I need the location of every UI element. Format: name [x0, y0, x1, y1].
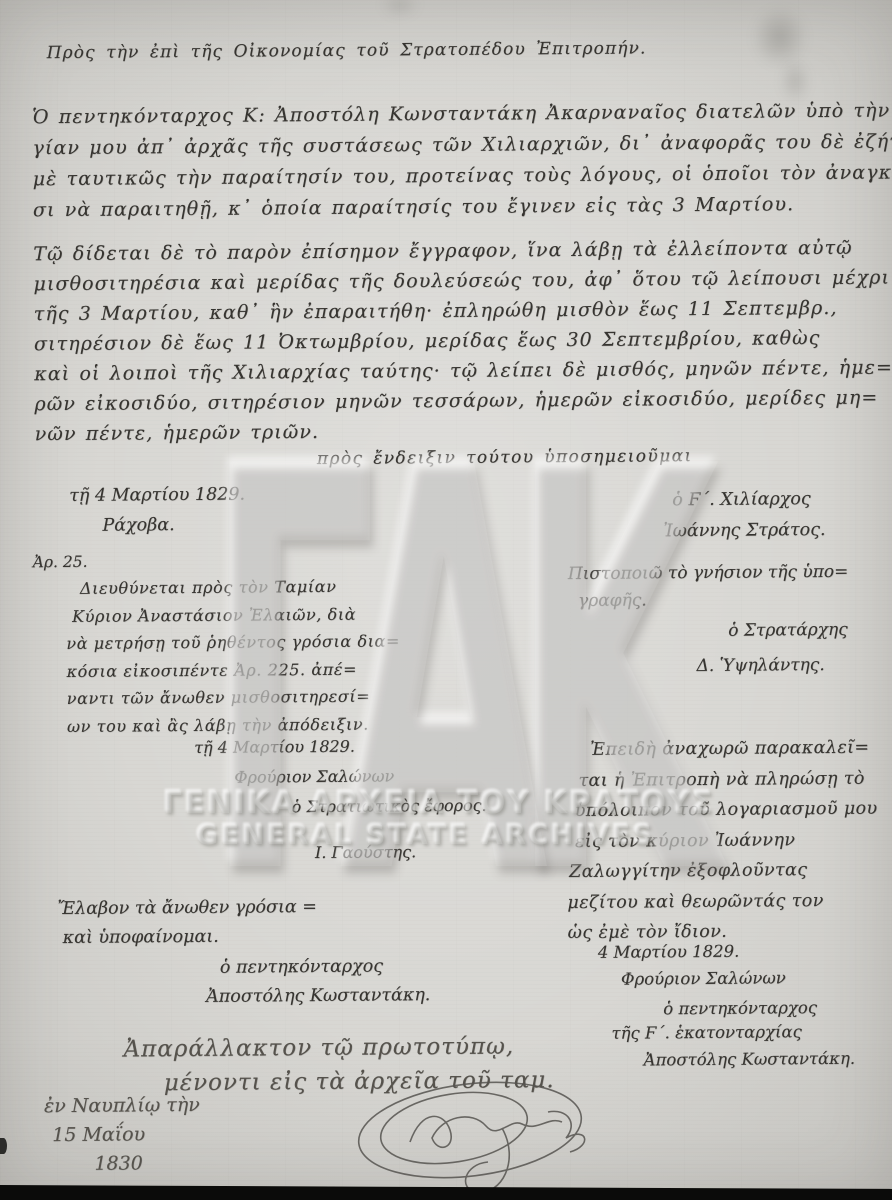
handwritten-line: Ράχοβα. [102, 510, 245, 541]
handwritten-line: γραφῆς. [578, 586, 849, 615]
final-signature-block: 4 Μαρτίου 1829.Φρούριον Σαλώνωνὁ πεντηκό… [598, 937, 855, 1074]
handwritten-line: τῆς Ϝ΄. ἑκατονταρχίας [611, 1018, 855, 1047]
signature-certification-block: Πιστοποιῶ τὸ γνήσιον τῆς ὑπο=γραφῆς.ὁ Στ… [568, 559, 849, 681]
handwritten-line: Δ. Ὑψηλάντης. [696, 652, 849, 680]
chiliarch-signature-block: ὁ Ϝ΄. ΧιλίαρχοςἸωάννης Στράτος. [663, 484, 826, 547]
order-date-place-block: τῇ 4 Μαρτίου 1829.Φρούριον Σαλώνωνὁ Στρα… [194, 731, 487, 869]
scan-smudge [780, 58, 810, 104]
scanned-document-page: Πρὸς τὴν ἐπὶ τῆς Οἰκονομίας τοῦ Στρατοπέ… [0, 0, 892, 1200]
handwritten-line: νῶν πέντε, ἡμερῶν τριῶν. [35, 412, 892, 449]
handwritten-line: ὁ πεντηκόνταρχος [220, 952, 430, 983]
handwritten-line: κόσια εἰκοσιπέντε Ἀρ. 225. ἀπέ= [66, 655, 400, 685]
handwritten-line: εἰς τὸν κύριον Ἰωάννην [575, 824, 878, 857]
body-paragraph-2: Τῷ δίδεται δὲ τὸ παρὸν ἐπίσημον ἔγγραφον… [33, 232, 892, 449]
handwritten-line: Ζαλωγγίτην ἐξοφλοῦντας [569, 855, 878, 888]
handwritten-line: 4 Μαρτίου 1829. [598, 937, 855, 966]
handwritten-line: ὁ Ϝ΄. Χιλίαρχος [672, 484, 825, 516]
handwritten-line: Φρούριον Σαλώνων [621, 964, 855, 993]
handwritten-line: Ἐπειδὴ ἀναχωρῶ παρακαλεῖ= [590, 733, 877, 766]
handwritten-line: Ἀποστόλης Κωσταντάκη. [206, 981, 430, 1012]
copy-date-place: ἐν Ναυπλίῳ τὴν15 Μαΐου1830 [44, 1091, 200, 1179]
handwritten-line: τῇ 4 Μαρτίου 1829. [194, 731, 486, 763]
handwritten-line: ὑπόλοιπον τοῦ λογαριασμοῦ μου [575, 794, 878, 827]
handwritten-line: Διευθύνεται πρὸς τὸν Ταμίαν [80, 572, 400, 602]
handwritten-line: νὰ μετρήσῃ τοῦ ῥηθέντος γρόσια δια= [66, 627, 400, 657]
document-heading: Πρὸς τὴν ἐπὶ τῆς Οἰκονομίας τοῦ Στρατοπέ… [47, 38, 647, 63]
handwritten-line: μεζίτου καὶ θεωρῶντάς τον [567, 885, 878, 918]
date-place-left: τῇ 4 Μαρτίου 1829.Ράχοβα. [69, 480, 245, 541]
reference-number: Ἀρ. 25. [33, 553, 88, 571]
handwritten-line: καὶ ὑποφαίνομαι. [63, 921, 430, 953]
handwritten-line: Ἀπαράλλακτον τῷ πρωτοτύπῳ, [123, 1029, 554, 1066]
departure-note: Ἐπειδὴ ἀναχωρῶ παρακαλεῖ=ται ἡ Ἐπιτροπὴ … [566, 733, 879, 949]
scan-edge-mark [0, 1138, 7, 1154]
handwritten-line: Ἰωάννης Στράτος. [663, 515, 825, 547]
handwritten-line: Πιστοποιῶ τὸ γνήσιον τῆς ὑπο= [568, 559, 849, 588]
attestation-line: πρὸς ἔνδειξιν τούτου ὑποσημειοῦμαι [317, 446, 693, 469]
handwritten-line: 1830 [94, 1149, 200, 1179]
handwritten-line: Ἀποστόλης Κωσταντάκη. [644, 1045, 856, 1074]
handwritten-line: Ἔλαβον τὰ ἄνωθεν γρόσια = [57, 892, 429, 924]
handwritten-line: τῇ 4 Μαρτίου 1829. [69, 480, 245, 511]
handwritten-line: Κύριον Ἀναστάσιον Ἐλαιῶν, διὰ [72, 600, 400, 630]
receipt-note: Ἔλαβον τὰ ἄνωθεν γρόσια =καὶ ὑποφαίνομαι… [57, 892, 430, 1013]
oval-signature-flourish [352, 1068, 602, 1200]
handwritten-line: Ι. Γαούστης. [315, 837, 487, 868]
handwritten-line: ναντι τῶν ἄνωθεν μισθοσιτηρεσί= [67, 682, 401, 712]
handwritten-line: σι νὰ παραιτηθῇ, κ᾽ ὁποία παραίτησίς του… [33, 188, 892, 227]
handwritten-line: ὁ Στρατάρχης [728, 617, 849, 645]
payment-order-note: Διευθύνεται πρὸς τὸν ΤαμίανΚύριον Ἀναστά… [66, 572, 401, 740]
handwriting-layer: Πρὸς τὴν ἐπὶ τῆς Οἰκονομίας τοῦ Στρατοπέ… [0, 0, 892, 1200]
handwritten-line: ἐν Ναυπλίῳ τὴν [44, 1091, 200, 1121]
body-paragraph-1: Ὁ πεντηκόνταρχος Κ: Ἀποστόλη Κωνσταντάκη… [32, 95, 892, 227]
handwritten-line: Φρούριον Σαλώνων [234, 761, 486, 793]
handwritten-line: ὁ Στρατιωτικὸς ἔφορος. [292, 791, 487, 823]
handwritten-line: 15 Μαΐου [52, 1120, 200, 1150]
handwritten-line: ται ἡ Ἐπιτροπὴ νὰ πληρώσῃ τὸ [578, 763, 877, 796]
